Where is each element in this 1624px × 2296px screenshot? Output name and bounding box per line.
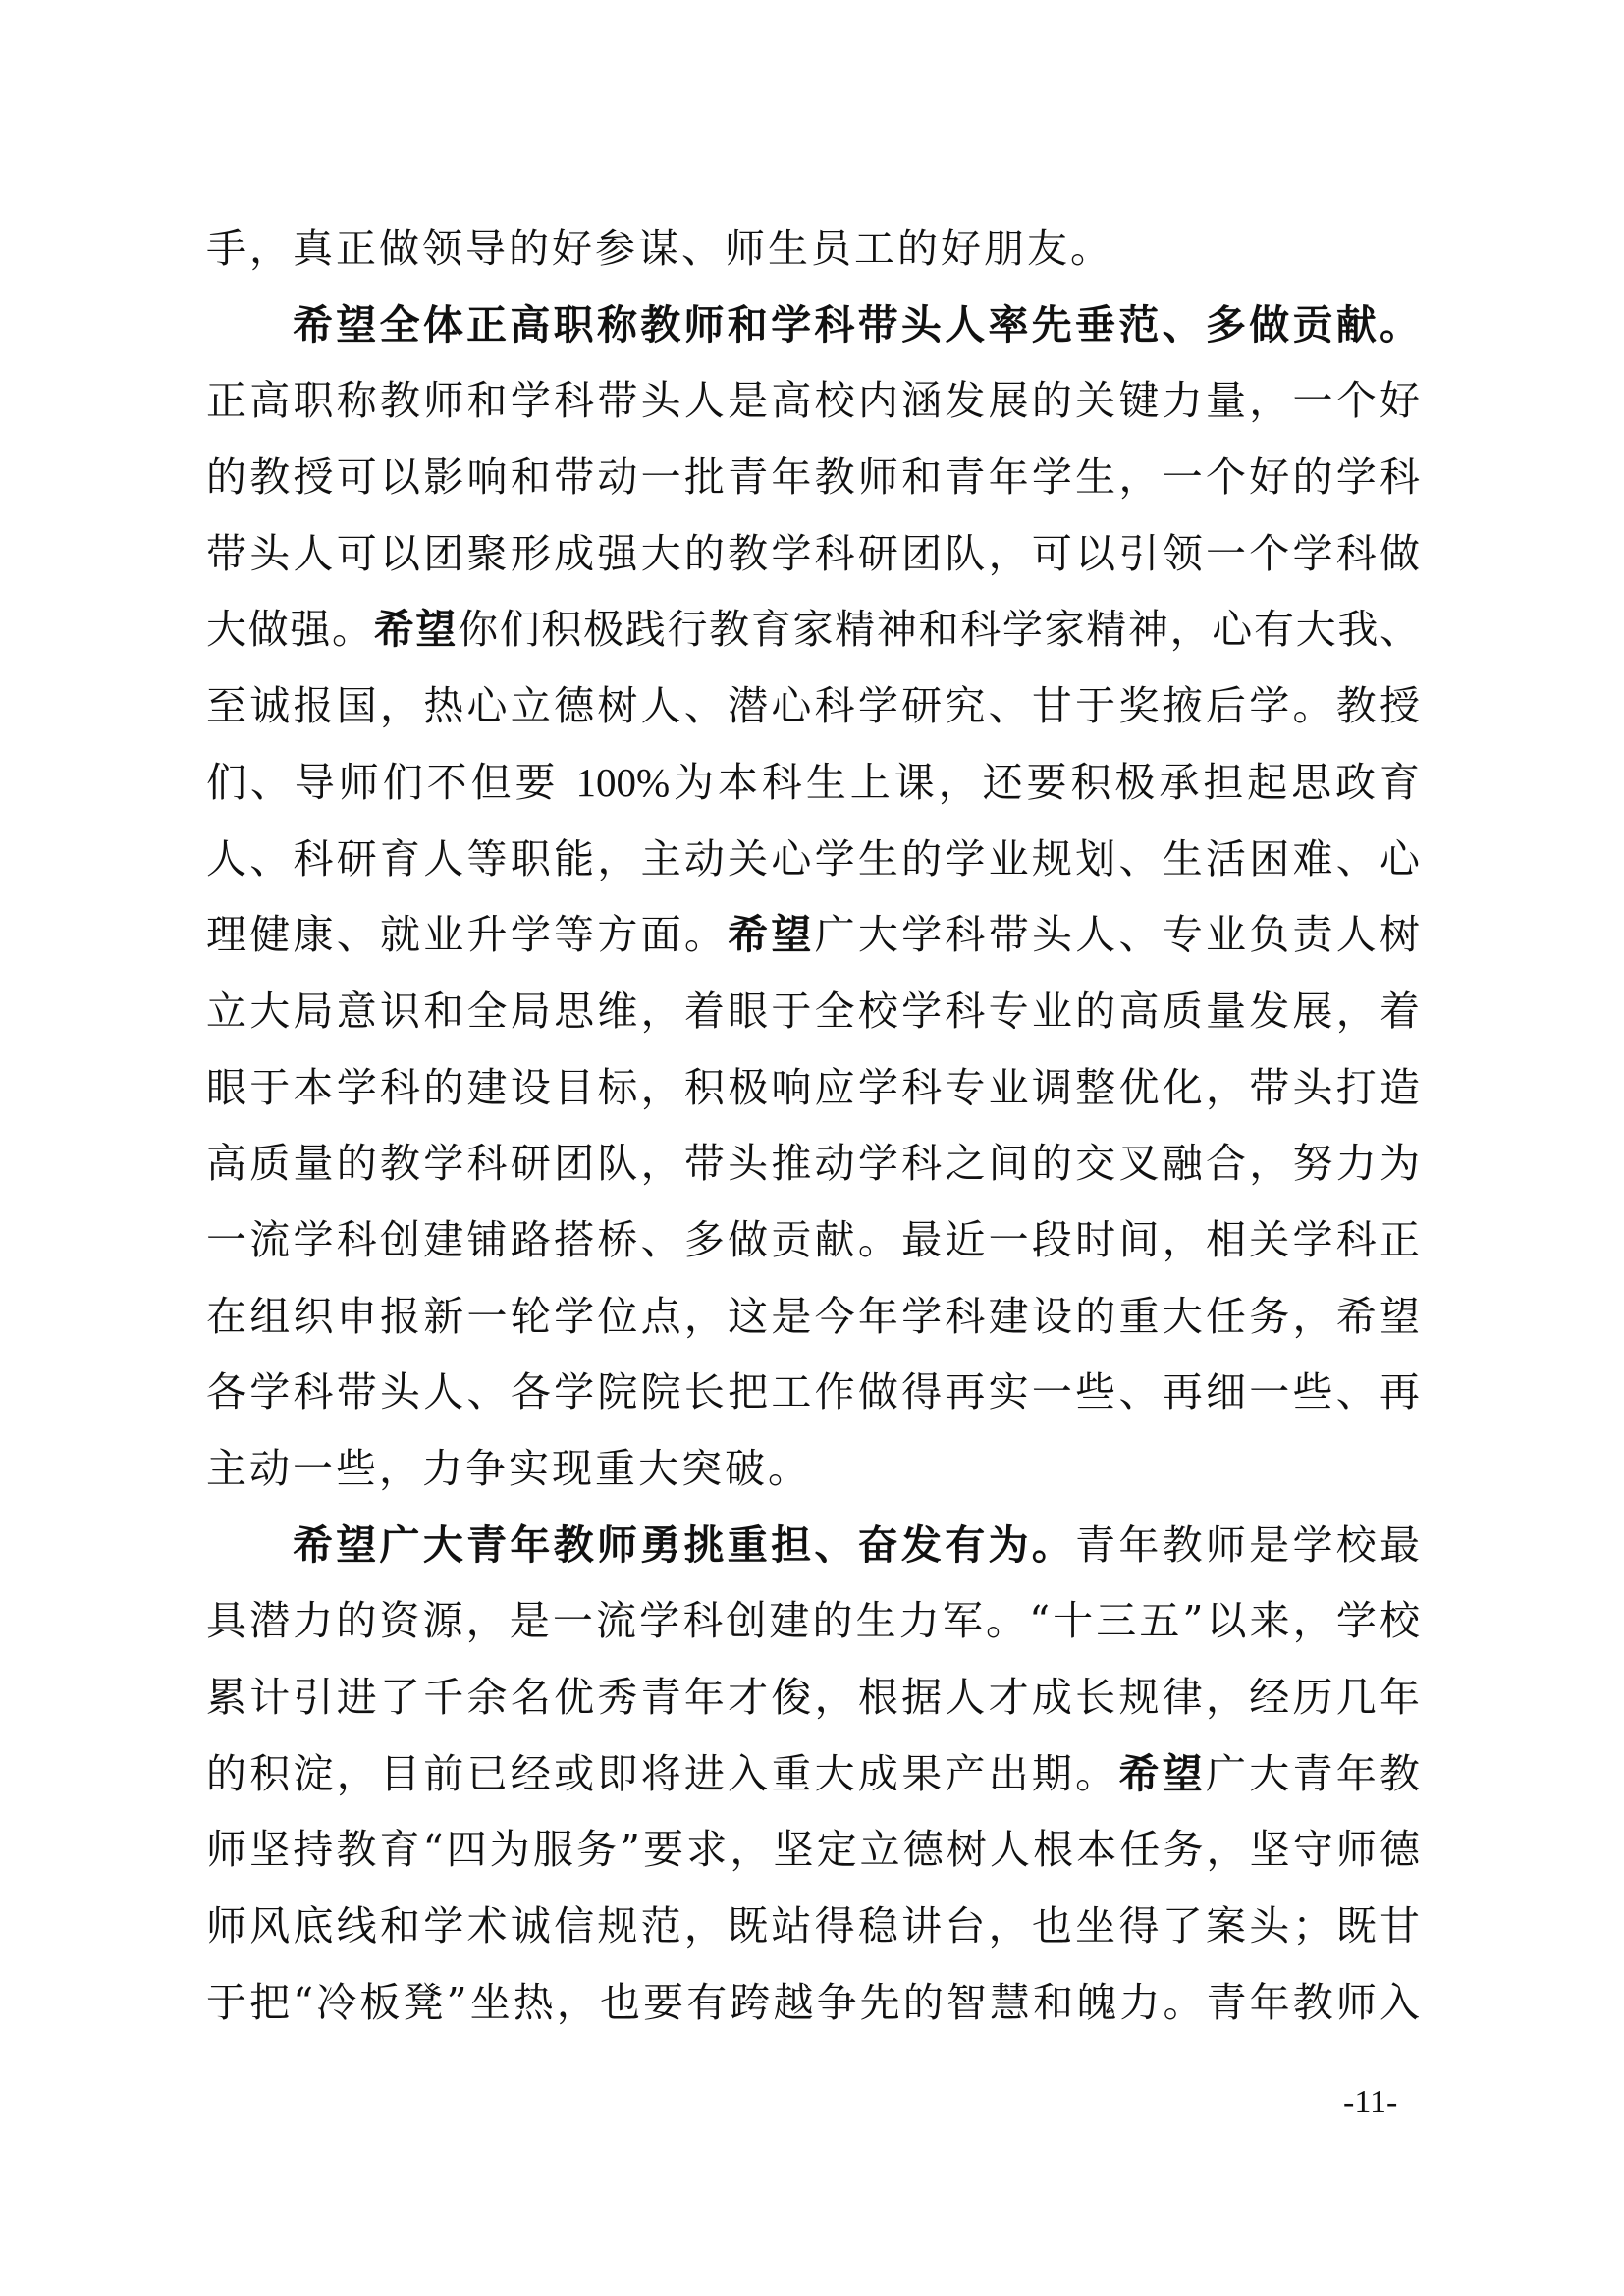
line-text: 广大青年教 (1206, 1750, 1420, 1797)
text-line: 师风底线和学术诚信规范，既站得稳讲台，也坐得了案头；既甘 (206, 1896, 1420, 1955)
text-line: 大做强。希望你们积极践行教育家精神和科学家精神，心有大我、 (206, 600, 1420, 659)
section-heading: 希望广大青年教师勇挑重担、奋发有为。青年教师是学校最 (293, 1516, 1420, 1575)
line-text: 大做强。 (206, 606, 374, 653)
line-text: 的积淀，目前已经或即将进入重大成果产出期。 (206, 1750, 1118, 1797)
bold-keyword: 希望 (1118, 1750, 1206, 1797)
text-line: 于把“冷板凳”坐热，也要有跨越争先的智慧和魄力。青年教师入 (206, 1973, 1420, 2032)
text-line: 累计引进了千余名优秀青年才俊，根据人才成长规律，经历几年 (206, 1668, 1420, 1727)
percent-value: 100% (575, 760, 670, 805)
line-text: 高质量的教学科研团队，带头推动学科之间的交叉融合，努力为 (206, 1140, 1420, 1187)
text-line: 师坚持教育“四为服务”要求，坚定立德树人根本任务，坚守师德 (206, 1820, 1420, 1879)
line-text: 于把“冷板凳”坐热，也要有跨越争先的智慧和魄力。青年教师入 (206, 1979, 1420, 2026)
section-heading: 希望全体正高职称教师和学科带头人率先垂范、多做贡献。 (293, 295, 1420, 354)
text-line: 们、导师们不但要 100%为本科生上课，还要积极承担起思政育 (206, 753, 1420, 812)
line-text: 在组织申报新一轮学位点，这是今年学科建设的重大任务，希望 (206, 1293, 1420, 1340)
text-line: 各学科带头人、各学院院长把工作做得再实一些、再细一些、再 (206, 1362, 1420, 1421)
line-text: 眼于本学科的建设目标，积极响应学科专业调整优化，带头打造 (206, 1064, 1420, 1111)
line-text: 为本科生上课，还要积极承担起思政育 (670, 759, 1420, 806)
text-line: 眼于本学科的建设目标，积极响应学科专业调整优化，带头打造 (206, 1058, 1420, 1117)
text-line: 立大局意识和全局思维，着眼于全校学科专业的高质量发展，着 (206, 982, 1420, 1041)
bold-keyword: 希望 (374, 606, 458, 653)
bold-keyword: 希望 (728, 911, 815, 958)
line-text: 师坚持教育“四为服务”要求，坚定立德树人根本任务，坚守师德 (206, 1826, 1420, 1873)
text-line: 高质量的教学科研团队，带头推动学科之间的交叉融合，努力为 (206, 1134, 1420, 1193)
text-line: 人、科研育人等职能，主动关心学生的学业规划、生活困难、心 (206, 829, 1420, 888)
bold-heading: 希望全体正高职称教师和学科带头人率先垂范、多做贡献。 (293, 301, 1420, 348)
document-page: 手，真正做领导的好参谋、师生员工的好朋友。 希望全体正高职称教师和学科带头人率先… (0, 0, 1624, 2296)
text-line: 的教授可以影响和带动一批青年教师和青年学生，一个好的学科 (206, 448, 1420, 507)
line-text: 立大局意识和全局思维，着眼于全校学科专业的高质量发展，着 (206, 988, 1420, 1035)
text-line: 理健康、就业升学等方面。希望广大学科带头人、专业负责人树 (206, 905, 1420, 964)
text-line: 至诚报国，热心立德树人、潜心科学研究、甘于奖掖后学。教授 (206, 676, 1420, 735)
line-text: 正高职称教师和学科带头人是高校内涵发展的关键力量，一个好 (206, 377, 1420, 424)
text-line: 一流学科创建铺路搭桥、多做贡献。最近一段时间，相关学科正 (206, 1210, 1420, 1269)
line-text: 们、导师们不但要 (206, 759, 575, 806)
text-line: 正高职称教师和学科带头人是高校内涵发展的关键力量，一个好 (206, 371, 1420, 430)
line-text: 累计引进了千余名优秀青年才俊，根据人才成长规律，经历几年 (206, 1674, 1420, 1721)
line-text: 的教授可以影响和带动一批青年教师和青年学生，一个好的学科 (206, 454, 1420, 501)
text-line: 带头人可以团聚形成强大的教学科研团队，可以引领一个学科做 (206, 524, 1420, 583)
line-text: 广大学科带头人、专业负责人树 (815, 911, 1420, 958)
page-number: -11- (1343, 2083, 1397, 2122)
line-text: 一流学科创建铺路搭桥、多做贡献。最近一段时间，相关学科正 (206, 1216, 1420, 1263)
line-text: 师风底线和学术诚信规范，既站得稳讲台，也坐得了案头；既甘 (206, 1902, 1420, 1949)
line-text: 主动一些，力争实现重大突破。 (206, 1445, 811, 1492)
line-text: 具潜力的资源，是一流学科创建的生力军。“十三五”以来，学校 (206, 1597, 1420, 1644)
text-line: 主动一些，力争实现重大突破。 (206, 1439, 1420, 1498)
line-text: 带头人可以团聚形成强大的教学科研团队，可以引领一个学科做 (206, 530, 1420, 577)
line-text: 人、科研育人等职能，主动关心学生的学业规划、生活困难、心 (206, 835, 1420, 882)
text-line: 的积淀，目前已经或即将进入重大成果产出期。希望广大青年教 (206, 1744, 1420, 1803)
text-line: 手，真正做领导的好参谋、师生员工的好朋友。 (206, 219, 1420, 278)
line-text: 你们积极践行教育家精神和科学家精神，心有大我、 (458, 606, 1420, 653)
bold-heading: 希望广大青年教师勇挑重担、奋发有为。 (293, 1522, 1075, 1569)
line-text: 青年教师是学校最 (1075, 1522, 1420, 1569)
line-text: 至诚报国，热心立德树人、潜心科学研究、甘于奖掖后学。教授 (206, 682, 1420, 729)
line-text: 理健康、就业升学等方面。 (206, 911, 728, 958)
line-text: 手，真正做领导的好参谋、师生员工的好朋友。 (206, 225, 1113, 272)
text-line: 在组织申报新一轮学位点，这是今年学科建设的重大任务，希望 (206, 1287, 1420, 1346)
line-text: 各学科带头人、各学院院长把工作做得再实一些、再细一些、再 (206, 1368, 1420, 1415)
text-line: 具潜力的资源，是一流学科创建的生力军。“十三五”以来，学校 (206, 1591, 1420, 1650)
